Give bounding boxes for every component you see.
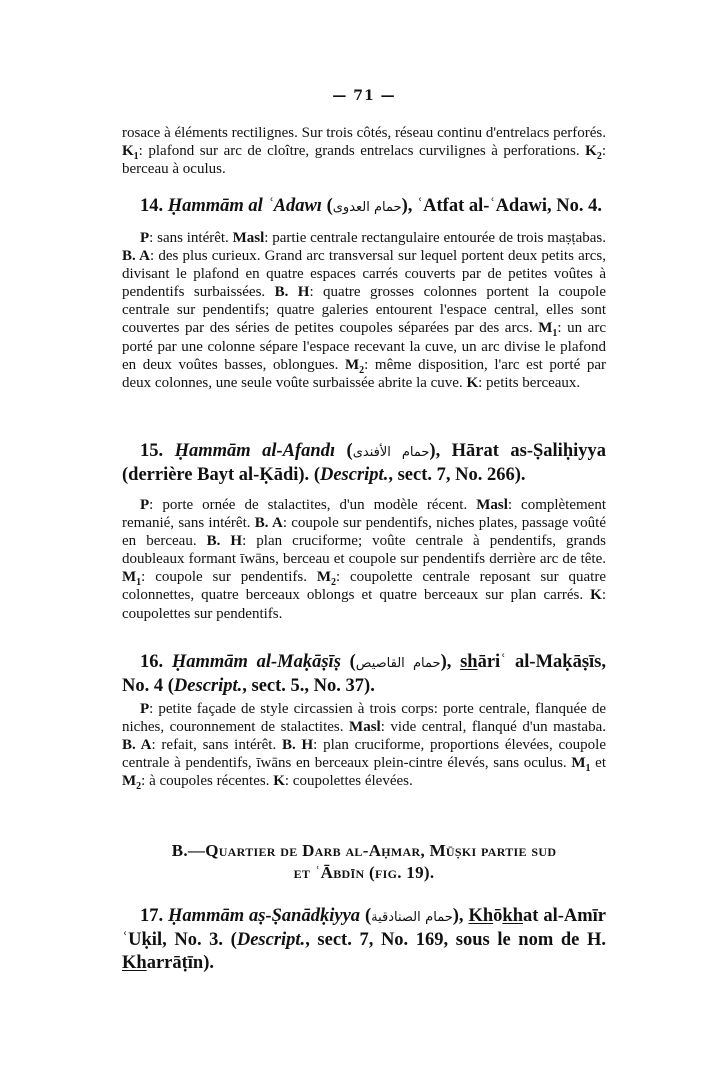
page-number: — 71 — — [122, 88, 606, 104]
continuation-paragraph: rosace à éléments rectilignes. Sur trois… — [122, 124, 606, 178]
continuation-text: rosace à éléments rectilignes. Sur trois… — [122, 125, 606, 141]
entry-14-heading: 14. Ḥammām al ʿAdawı (حمام العدوى), ʿAtf… — [122, 195, 606, 219]
label-k2: K2 — [585, 143, 602, 159]
entry-16-body: P: petite façade de style circassien à t… — [122, 700, 606, 790]
entry-16-name: Ḥammām al-Maḳāṣīṣ — [172, 652, 341, 672]
entry-14-arabic: حمام العدوى — [333, 200, 402, 215]
entry-15-body: P: porte ornée de stalactites, d'un modè… — [122, 496, 606, 623]
entry-14-name: Ḥammām al ʿAdawı — [168, 196, 322, 216]
entry-15-heading: 15. Ḥammām al-Afandı (حمام الأفندى), Hār… — [122, 440, 606, 487]
entry-16-arabic: حمام القاصيص — [356, 656, 441, 671]
entry-14-location: ʿAtfat al-ʿAdawi, No. 4. — [417, 196, 602, 216]
entry-15-name: Ḥammām al-Afandı — [175, 441, 336, 461]
entry-15-arabic: حمام الأفندى — [353, 445, 430, 460]
entry-14-body: P: sans intérêt. Masl: partie centrale r… — [122, 229, 606, 392]
entry-17-arabic: حمام الصنادقية — [371, 910, 453, 925]
label-k1: K1 — [122, 143, 139, 159]
entry-16-heading: 16. Ḥammām al-Maḳāṣīṣ (حمام القاصيص), sh… — [122, 651, 606, 698]
entry-17-name: Ḥammām aṣ-Ṣanādḳiyya — [168, 906, 360, 926]
section-heading: B.—Quartier de Darb al-Aḥmar, Mūṣki part… — [122, 840, 606, 884]
entry-17-heading: 17. Ḥammām aṣ-Ṣanādḳiyya (حمام الصنادقية… — [122, 905, 606, 975]
